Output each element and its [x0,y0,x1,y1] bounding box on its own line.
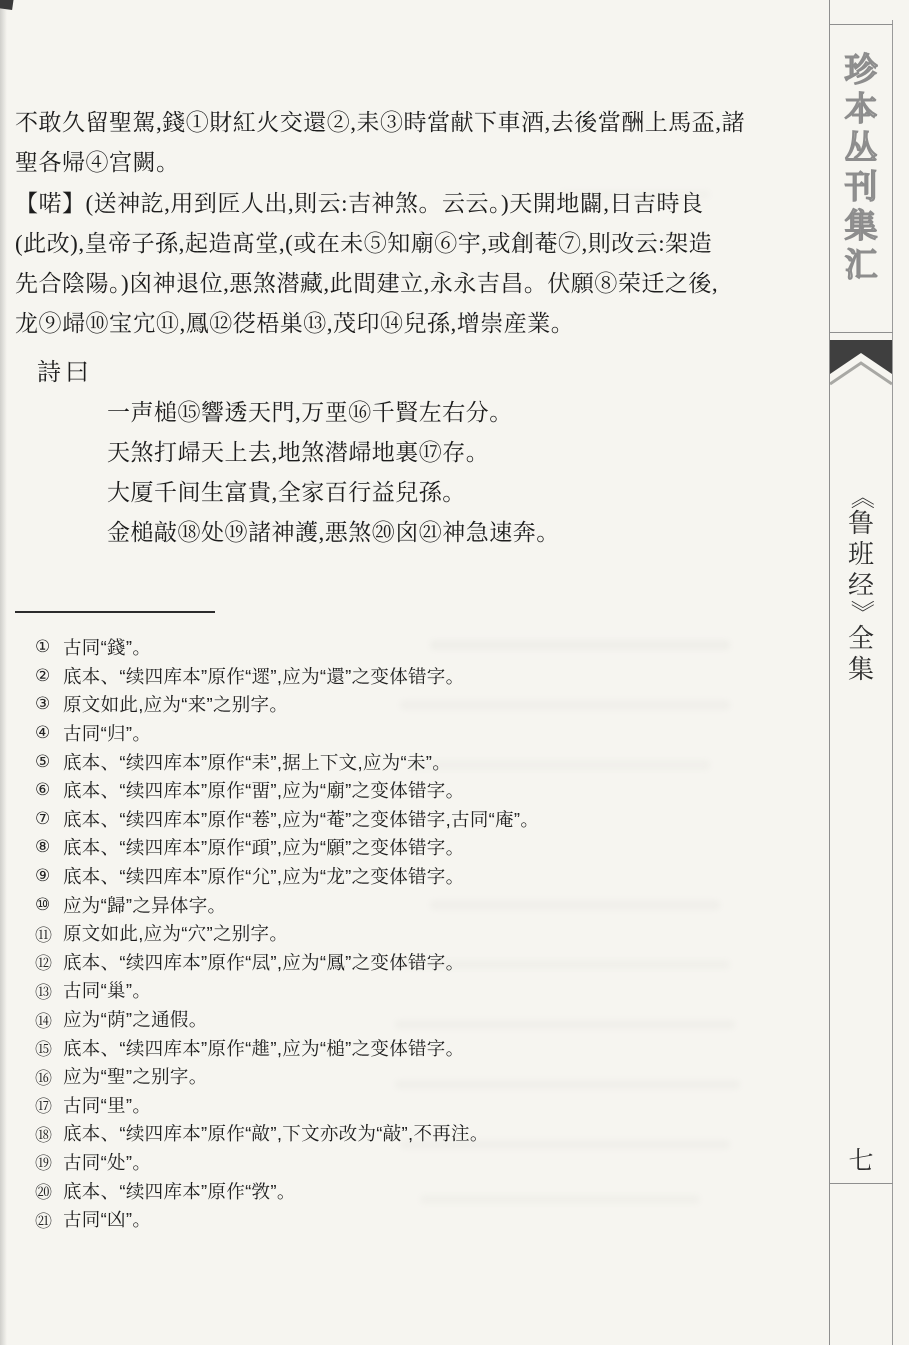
footnote-row: ⑱ 底本、“续四库本”原作“㪣”,下文亦改为“敲”,不再注。 [35,1119,539,1148]
footnote-row: ② 底本、“续四库本”原作“遝”,应为“還”之变体错字。 [35,662,539,691]
footnote-text: 底本、“续四库本”原作“遝”,应为“還”之变体错字。 [63,663,464,689]
sidebar-bottom-rule [829,1183,893,1184]
footnote-row: ⑳ 底本、“续四库本”原作“敩”。 [35,1176,539,1205]
footnote-number: ⑲ [35,1149,63,1174]
series-title-vertical: 珍本丛刊集汇 [831,52,891,286]
sidebar-mid-rule [829,332,893,333]
poem-line: 大厦千间生富貴,全家百行益兒孫。 [107,473,560,513]
text-line: (此改),皇帝子孫,起造髙堂,(或在未⑤知廟⑥宇,或創菴⑦,則改云:架造 [15,224,718,264]
footnote-text: 底本、“续四库本”原作“耒”,据上下文,应为“未”。 [63,749,451,775]
footnote-text: 古同“处”。 [63,1149,151,1175]
sidebar-right-rule [892,20,893,1345]
footnote-text: 原文如此,应为“来”之别字。 [63,691,288,717]
scan-corner-mark [0,0,14,10]
footnote-number: ③ [35,694,63,714]
text-line: 龙⑨㱕⑩宝宂⑪,鳳⑫徔梧巣⑬,茂印⑭兒孫,增崇産業。 [15,304,718,344]
poem-line: 一声槌⑮響透天門,万垔⑯千賢左右分。 [107,393,560,433]
footnote-row: ⑫ 底本、“续四库本”原作“凨”,应为“鳳”之变体错字。 [35,948,539,977]
footnote-text: 底本、“续四库本”原作“畱”,应为“廟”之变体错字。 [63,777,464,803]
footnote-text: 原文如此,应为“穴”之别字。 [63,920,288,946]
paragraph-2: 【喏】(送神訖,用到匠人出,則云:吉神煞。云云。)天開地闢,日吉時良(此改),皇… [15,184,718,344]
footnote-row: ⑪ 原文如此,应为“穴”之别字。 [35,919,539,948]
footnote-text: 古同“錢”。 [63,634,151,660]
footnote-text: 古同“巢”。 [63,977,151,1003]
footnote-row: ③ 原文如此,应为“来”之别字。 [35,690,539,719]
footnote-number: ⑧ [35,837,63,857]
footnote-text: 底本、“续四库本”原作“頙”,应为“願”之变体错字。 [63,834,464,860]
chevron-up-icon [830,340,892,390]
footnote-number: ⑮ [35,1035,63,1060]
footnote-number: ⑫ [35,949,63,974]
footnote-number: ② [35,666,63,686]
text-line: 先合陰陽。)囟神退位,悪煞潜藏,此間建立,永永吉昌。伏願⑧荣迁之後, [15,264,718,304]
footnote-row: ⑥ 底本、“续四库本”原作“畱”,应为“廟”之变体错字。 [35,776,539,805]
footnote-text: 应为“荫”之通假。 [63,1006,208,1032]
footnote-text: 底本、“续四库本”原作“尣”,应为“龙”之变体错字。 [63,863,464,889]
footnote-row: ⑨ 底本、“续四库本”原作“尣”,应为“龙”之变体错字。 [35,862,539,891]
sidebar-top-rule [829,24,893,25]
footnote-text: 底本、“续四库本”原作“㪣”,下文亦改为“敲”,不再注。 [63,1120,489,1146]
footnote-row: ⑮ 底本、“续四库本”原作“趡”,应为“槌”之变体错字。 [35,1033,539,1062]
footnote-row: ④ 古同“归”。 [35,719,539,748]
footnote-number: ⑱ [35,1121,63,1146]
footnote-number: ⑯ [35,1064,63,1089]
footnote-text: 应为“歸”之异体字。 [63,892,226,918]
footnote-number: ⑬ [35,978,63,1003]
footnote-number: ⑦ [35,809,63,829]
footnote-number: ⑰ [35,1092,63,1117]
footnote-number: ⑳ [35,1178,63,1203]
footnote-number: ⑩ [35,895,63,915]
footnote-row: ⑲ 古同“处”。 [35,1148,539,1177]
footnote-row: ⑩ 应为“歸”之异体字。 [35,890,539,919]
scanned-book-page: 不敢久留聖駕,錢①財紅火交還②,耒③時當献下車酒,去後當酬上馬盃,諸聖各帰④宫闕… [0,0,909,1345]
poem-block: 一声槌⑮響透天門,万垔⑯千賢左右分。天煞打㱕天上去,地煞潜㱕地裏⑰存。大厦千间生… [107,393,560,553]
footnote-number: ⑤ [35,752,63,772]
footnote-row: ⑯ 应为“聖”之别字。 [35,1062,539,1091]
footnote-number: ㉑ [35,1207,63,1232]
footnote-row: ① 古同“錢”。 [35,633,539,662]
page-edge-shadow [0,0,7,1345]
footnote-row: ⑧ 底本、“续四库本”原作“頙”,应为“願”之变体错字。 [35,833,539,862]
footnote-row: ⑰ 古同“里”。 [35,1091,539,1120]
footnote-number: ⑥ [35,780,63,800]
poem-heading: 詩曰 [37,352,93,387]
footnote-text: 底本、“续四库本”原作“敩”。 [63,1178,296,1204]
footnote-text: 古同“归”。 [63,720,151,746]
footnote-number: ① [35,637,63,657]
footnote-number: ⑪ [35,921,63,946]
sidebar-left-rule [829,0,830,1345]
page-number: 七 [831,1141,891,1177]
poem-line: 金槌敲⑱处⑲諸神護,悪煞⑳囟㉑神急速奔。 [107,513,560,553]
footnote-list: ① 古同“錢”。 ② 底本、“续四库本”原作“遝”,应为“還”之变体错字。 ③ … [35,633,539,1233]
book-title-vertical: 《鲁班经》全集 [831,486,891,685]
poem-line: 天煞打㱕天上去,地煞潜㱕地裏⑰存。 [107,433,560,473]
footnote-row: ⑭ 应为“荫”之通假。 [35,1005,539,1034]
text-line: 【喏】(送神訖,用到匠人出,則云:吉神煞。云云。)天開地闢,日吉時良 [15,184,718,224]
footnote-number: ⑨ [35,866,63,886]
footnote-text: 古同“里”。 [63,1092,151,1118]
footnote-text: 底本、“续四库本”原作“凨”,应为“鳳”之变体错字。 [63,949,464,975]
footnote-row: ⑬ 古同“巢”。 [35,976,539,1005]
footnote-row: ⑤ 底本、“续四库本”原作“耒”,据上下文,应为“未”。 [35,747,539,776]
footnote-number: ④ [35,723,63,743]
footnote-text: 古同“凶”。 [63,1206,151,1232]
footnote-text: 底本、“续四库本”原作“趡”,应为“槌”之变体错字。 [63,1035,464,1061]
footnote-number: ⑭ [35,1007,63,1032]
footnote-text: 应为“聖”之别字。 [63,1063,208,1089]
footnote-text: 底本、“续四库本”原作“菤”,应为“菴”之变体错字,古同“庵”。 [63,806,539,832]
paragraph-1: 不敢久留聖駕,錢①財紅火交還②,耒③時當献下車酒,去後當酬上馬盃,諸聖各帰④宫闕… [15,103,745,183]
footnote-separator-rule [15,611,215,613]
text-line: 聖各帰④宫闕。 [15,143,745,183]
text-line: 不敢久留聖駕,錢①財紅火交還②,耒③時當献下車酒,去後當酬上馬盃,諸 [15,103,745,143]
footnote-row: ㉑ 古同“凶”。 [35,1205,539,1234]
footnote-row: ⑦ 底本、“续四库本”原作“菤”,应为“菴”之变体错字,古同“庵”。 [35,805,539,834]
